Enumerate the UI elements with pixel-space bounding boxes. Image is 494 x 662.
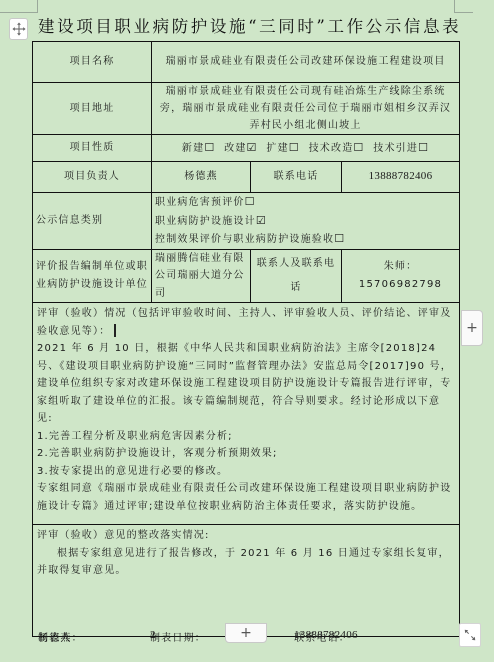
review-cell[interactable]: 评审（验收）情况（包括评审验收时间、主持人、评审验收人员、评价结论、评审及验收意… (33, 303, 460, 525)
row-info-category: 公示信息类别 职业病危害预评价☐ 职业病防护设施设计☑ 控制效果评价与职业病防护… (33, 193, 460, 250)
checkbox-unchecked-icon: ☐ (289, 141, 300, 154)
project-manager-value[interactable]: 杨德燕 (152, 162, 251, 193)
project-nature-options: 新建☐ 改建☑ 扩建☐ 技术改造☐ 技术引进☐ (152, 135, 460, 162)
plus-icon: + (240, 625, 252, 641)
resize-diagonal-icon (463, 628, 477, 642)
review-paragraph: 2021 年 6 月 10 日，根据《中华人民共和国职业病防治法》主席令[201… (37, 340, 455, 428)
rectification-heading: 评审（验收）意见的整改落实情况: (37, 527, 455, 545)
add-column-button[interactable]: + (461, 310, 483, 346)
nature-option-tech-transform[interactable]: 技术改造☐ (309, 143, 365, 154)
table-resize-handle[interactable] (459, 623, 481, 647)
manager-phone-label: 联系电话 (251, 162, 342, 193)
rectification-cell[interactable]: 评审（验收）意见的整改落实情况: 根据专家组意见进行了报告修改，于 2021 年… (33, 525, 460, 637)
project-address-label: 项目地址 (33, 83, 152, 135)
row-project-address: 项目地址 瑞丽市景成硅业有限责任公司现有硅冶炼生产线除尘系统旁，瑞丽市景成硅业有… (33, 83, 460, 135)
add-row-button[interactable]: + (225, 623, 267, 643)
project-manager-label: 项目负责人 (33, 162, 152, 193)
checkbox-unchecked-icon: ☐ (204, 141, 215, 154)
checkbox-unchecked-icon: ☐ (353, 141, 364, 154)
report-unit-label: 评价报告编制单位或职业病防护设施设计单位 (33, 249, 152, 303)
nature-option-rebuild[interactable]: 改建☑ (224, 143, 257, 154)
checkbox-checked-icon: ☑ (247, 141, 258, 154)
info-category-options: 职业病危害预评价☐ 职业病防护设施设计☑ 控制效果评价与职业病防护设施验收☐ (152, 193, 460, 250)
rectification-paragraph: 根据专家组意见进行了报告修改，于 2021 年 6 月 16 日通过专家组长复审… (37, 545, 455, 580)
plus-icon: + (466, 320, 478, 336)
category-option-pre-assessment[interactable]: 职业病危害预评价☐ (155, 193, 456, 212)
review-item: 2.完善职业病防护设施设计，客观分析预期效果; (37, 445, 455, 463)
page-corner-mark-top-right (454, 0, 473, 13)
report-unit-value[interactable]: 瑞丽腾信硅业有限公司瑞丽大道分公司 (152, 249, 251, 303)
review-item: 3.按专家提出的意见进行必要的修改。 (37, 463, 455, 481)
row-project-name: 项目名称 瑞丽市景成硅业有限责任公司改建环保设施工程建设项目 (33, 42, 460, 83)
category-option-control-effect[interactable]: 控制效果评价与职业病防护设施验收☐ (155, 230, 456, 249)
project-name-label: 项目名称 (33, 42, 152, 83)
report-contact-label: 联系人及联系电话 (251, 249, 342, 303)
row-report-unit: 评价报告编制单位或职业病防护设施设计单位 瑞丽腾信硅业有限公司瑞丽大道分公司 联… (33, 249, 460, 303)
checkbox-checked-icon: ☑ (256, 214, 267, 227)
move-arrows-icon (12, 22, 26, 36)
checkbox-unchecked-icon: ☐ (334, 232, 345, 245)
info-category-label: 公示信息类别 (33, 193, 152, 250)
info-table: 项目名称 瑞丽市景成硅业有限责任公司改建环保设施工程建设项目 项目地址 瑞丽市景… (32, 41, 460, 637)
checkbox-unchecked-icon: ☐ (418, 141, 429, 154)
manager-phone-value[interactable]: 13888782406 (342, 162, 460, 193)
row-project-nature: 项目性质 新建☐ 改建☑ 扩建☐ 技术改造☐ 技术引进☐ (33, 135, 460, 162)
nature-option-expand[interactable]: 扩建☐ (266, 143, 299, 154)
row-review: 评审（验收）情况（包括评审验收时间、主持人、评审验收人员、评价结论、评审及验收意… (33, 303, 460, 525)
project-nature-label: 项目性质 (33, 135, 152, 162)
review-item: 1.完善工程分析及职业病危害因素分析; (37, 428, 455, 446)
row-project-manager: 项目负责人 杨德燕 联系电话 13888782406 (33, 162, 460, 193)
project-name-value[interactable]: 瑞丽市景成硅业有限责任公司改建环保设施工程建设项目 (152, 42, 460, 83)
page-corner-mark-top-left (0, 0, 38, 13)
table-move-handle[interactable] (9, 18, 28, 40)
row-rectification: 评审（验收）意见的整改落实情况: 根据专家组意见进行了报告修改，于 2021 年… (33, 525, 460, 637)
checkbox-unchecked-icon: ☐ (245, 195, 256, 208)
project-address-value[interactable]: 瑞丽市景成硅业有限责任公司现有硅冶炼生产线除尘系统旁，瑞丽市景成硅业有限责任公司… (152, 83, 460, 135)
nature-option-new[interactable]: 新建☐ (182, 143, 215, 154)
review-conclusion: 专家组同意《瑞丽市景成硅业有限责任公司改建环保设施工程建设项目职业病防护设施设计… (37, 480, 455, 515)
category-option-facility-design[interactable]: 职业病防护设施设计☑ (155, 212, 456, 231)
nature-option-tech-import[interactable]: 技术引进☐ (373, 143, 429, 154)
text-cursor (114, 324, 116, 337)
review-heading: 评审（验收）情况（包括评审验收时间、主持人、评审验收人员、评价结论、评审及验收意… (37, 305, 455, 340)
document-title: 建设项目职业病防护设施“三同时”工作公示信息表 (38, 15, 478, 39)
report-contact-value[interactable]: 朱师：15706982798 (342, 249, 460, 303)
